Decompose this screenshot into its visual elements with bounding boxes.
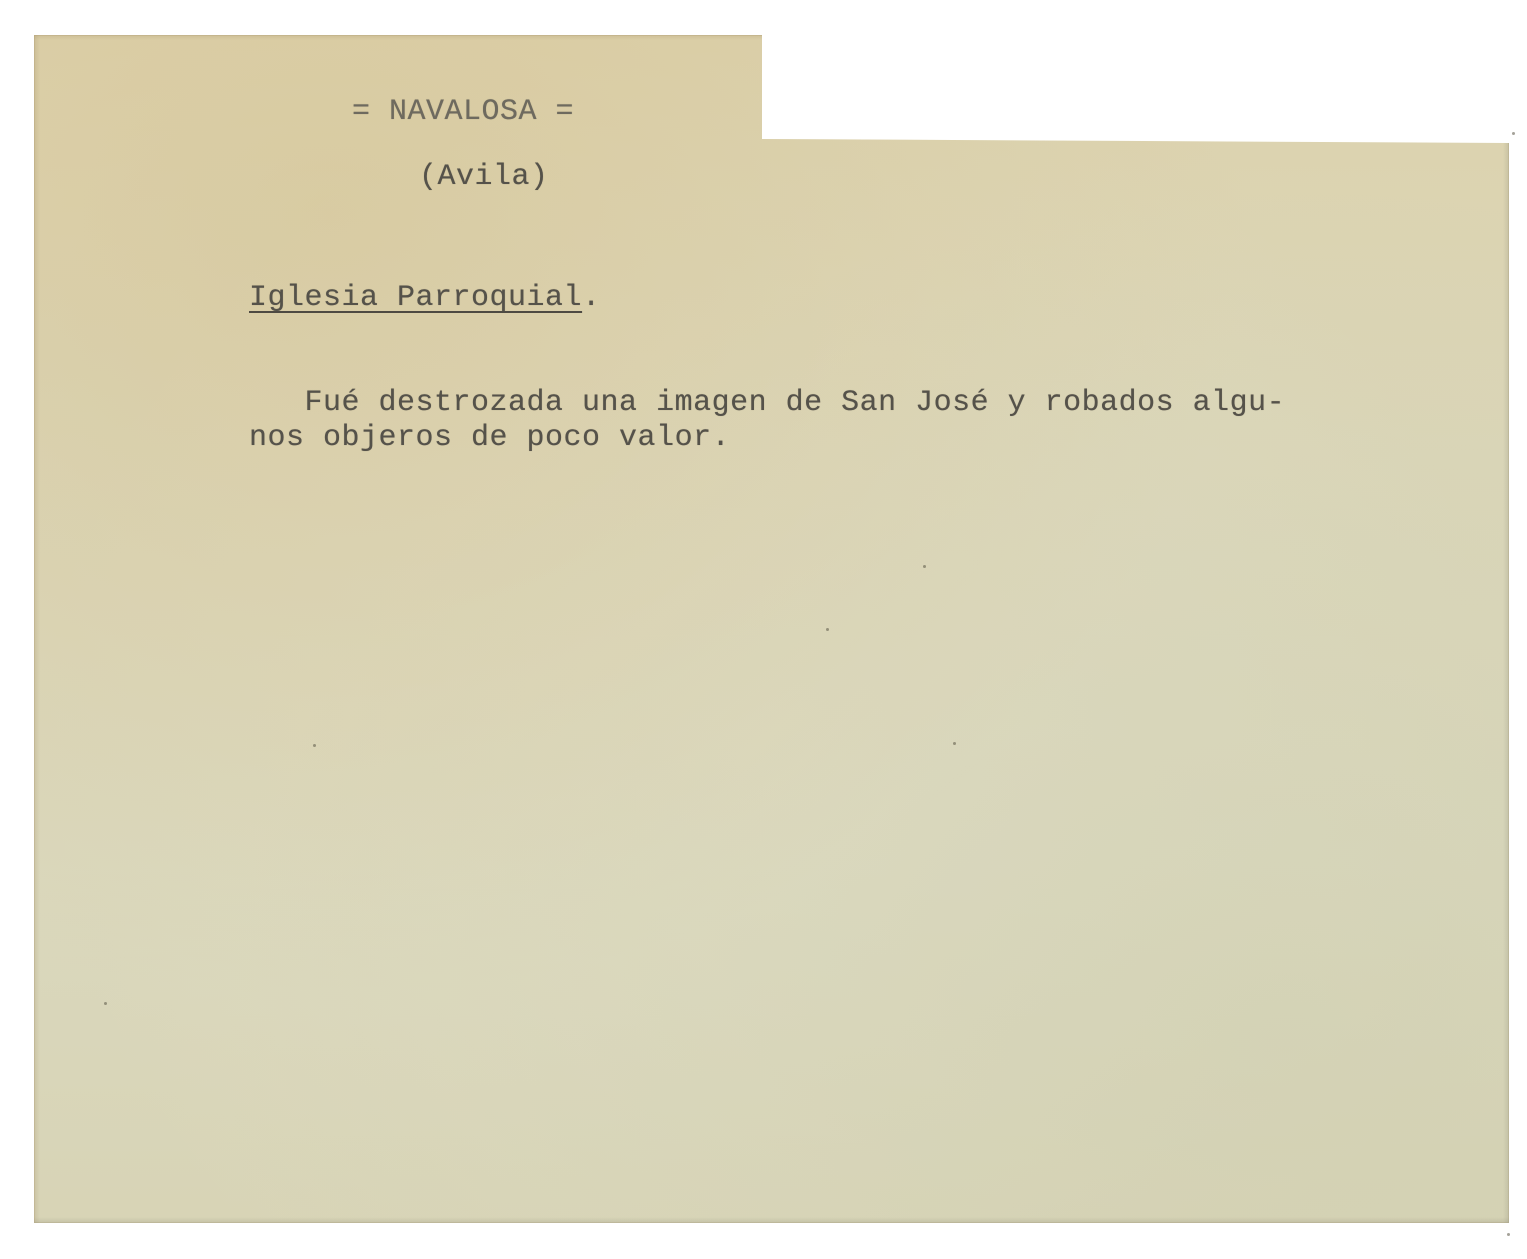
body-line: nos objeros de poco valor. [249, 421, 1285, 456]
paper-speck [953, 742, 956, 745]
paper-speck [1512, 132, 1515, 135]
paper-speck [923, 565, 926, 568]
paper-speck [104, 1002, 107, 1005]
index-card [34, 35, 1509, 1223]
section-title: Iglesia Parroquial. [249, 281, 601, 315]
province-label: (Avila) [419, 160, 549, 194]
section-title-text: Iglesia Parroquial [249, 281, 582, 315]
paper-speck [313, 744, 316, 747]
place-name-heading: = NAVALOSA = [352, 95, 574, 129]
body-paragraph: Fué destrozada una imagen de San José y … [249, 386, 1285, 456]
paper-speck [1507, 1233, 1510, 1236]
section-title-period: . [582, 281, 601, 315]
body-line: Fué destrozada una imagen de San José y … [249, 386, 1285, 421]
paper-speck [826, 628, 829, 631]
